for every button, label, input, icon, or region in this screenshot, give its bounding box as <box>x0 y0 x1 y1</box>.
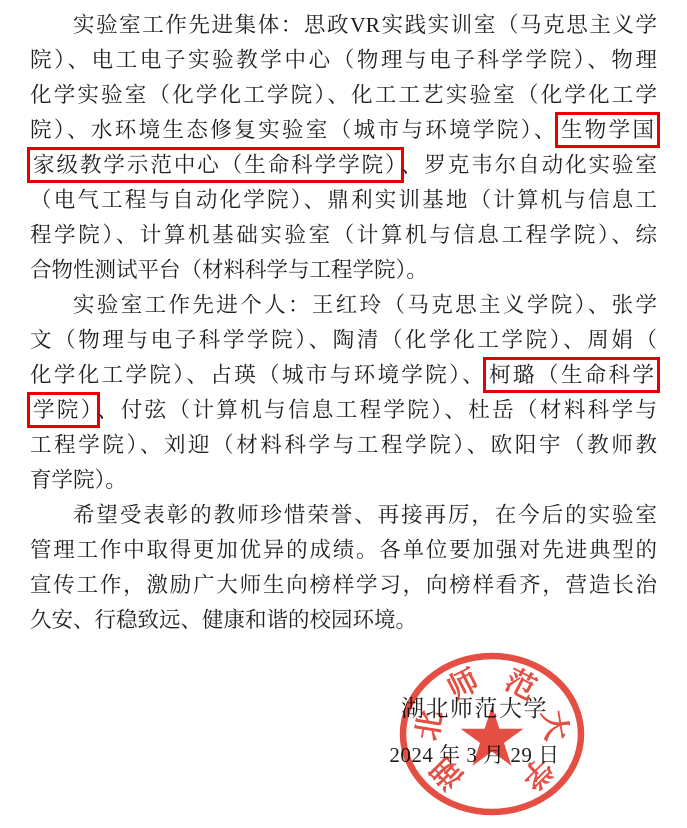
text-run: 实验室工作先进集体：思政VR实践实训室（马克思主义学 <box>73 13 657 37</box>
document-page: 实验室工作先进集体：思政VR实践实训室（马克思主义学 院）、电工电子实验教学中心… <box>0 0 687 828</box>
paragraph2-line: 工程学院）、刘迎（材料科学与工程学院）、欧阳宇（教师教 <box>30 428 657 463</box>
paragraph2-line: 文（物理与电子科学学院）、陶清（化学化工学院）、周娟（ <box>30 323 657 358</box>
text-run: 合物性测试平台（材料科学与工程学院）。 <box>30 258 428 282</box>
paragraph3-line: 久安、行稳致远、健康和谐的校园环境。 <box>30 603 657 638</box>
highlighted-text-collective: 家级教学示范中心（生命科学学院） <box>27 147 404 183</box>
paragraph3-line: 希望受表彰的教师珍惜荣誉、再接再厉，在今后的实验室 <box>30 498 657 533</box>
text-run: 程学院）、计算机基础实验室（计算机与信息工程学院）、综 <box>30 223 657 247</box>
text-run: 、付弦（计算机与信息工程学院）、杜岳（材料科学与 <box>97 398 657 422</box>
highlighted-text-collective: 生物学国 <box>555 112 660 148</box>
paragraph1-line: 合物性测试平台（材料科学与工程学院）。 <box>30 253 657 288</box>
paragraph1-line: 实验室工作先进集体：思政VR实践实训室（马克思主义学 <box>30 8 657 43</box>
paragraph2-line: 学院）、付弦（计算机与信息工程学院）、杜岳（材料科学与 <box>30 393 657 428</box>
paragraph1-line: 家级教学示范中心（生命科学学院）、罗克韦尔自动化实验室 <box>30 148 657 183</box>
paragraph2-line: 实验室工作先进个人：王红玲（马克思主义学院）、张学 <box>30 288 657 323</box>
text-run: （电气工程与自动化学院）、鼎利实训基地（计算机与信息工 <box>30 188 657 212</box>
text-run: 、罗克韦尔自动化实验室 <box>401 153 657 177</box>
paragraph1-line: 程学院）、计算机基础实验室（计算机与信息工程学院）、综 <box>30 218 657 253</box>
signature-date: 2024 年 3 月 29 日 <box>372 741 577 769</box>
signature-org-name: 湖北师范大学 <box>372 694 577 724</box>
highlighted-text-individual: 学院） <box>27 392 100 428</box>
text-run: 实验室工作先进个人：王红玲（马克思主义学院）、张学 <box>73 293 657 317</box>
paragraph1-line: 化学实验室（化学化工学院）、化工工艺实验室（化学化工学 <box>30 78 657 113</box>
paragraph2-line: 育学院）。 <box>30 463 657 498</box>
text-run: 化学化工学院）、占瑛（城市与环境学院）、 <box>30 363 486 387</box>
paragraph3-line: 管理工作中取得更加优异的成绩。各单位要加强对先进典型的 <box>30 533 657 568</box>
text-run: 化学实验室（化学化工学院）、化工工艺实验室（化学化工学 <box>30 83 657 107</box>
text-run: 久安、行稳致远、健康和谐的校园环境。 <box>30 608 417 632</box>
text-run: 宣传工作，激励广大师生向榜样学习，向榜样看齐，营造长治 <box>30 573 657 597</box>
text-run: 院）、电工电子实验教学中心（物理与电子科学学院）、物理 <box>30 48 657 72</box>
text-run: 管理工作中取得更加优异的成绩。各单位要加强对先进典型的 <box>30 538 657 562</box>
paragraph2-line: 化学化工学院）、占瑛（城市与环境学院）、柯璐（生命科学 <box>30 358 657 393</box>
paragraph3-line: 宣传工作，激励广大师生向榜样学习，向榜样看齐，营造长治 <box>30 568 657 603</box>
text-run: 工程学院）、刘迎（材料科学与工程学院）、欧阳宇（教师教 <box>30 433 657 457</box>
paragraph1-line: （电气工程与自动化学院）、鼎利实训基地（计算机与信息工 <box>30 183 657 218</box>
paragraph1-line: 院）、水环境生态修复实验室（城市与环境学院）、生物学国 <box>30 113 657 148</box>
text-run: 希望受表彰的教师珍惜荣誉、再接再厉，在今后的实验室 <box>73 503 657 527</box>
paragraph1-line: 院）、电工电子实验教学中心（物理与电子科学学院）、物理 <box>30 43 657 78</box>
text-run: 文（物理与电子科学学院）、陶清（化学化工学院）、周娟（ <box>30 328 657 352</box>
text-run: 育学院）。 <box>30 468 127 492</box>
highlighted-text-individual: 柯璐（生命科学 <box>483 357 660 393</box>
document-body: 实验室工作先进集体：思政VR实践实训室（马克思主义学 院）、电工电子实验教学中心… <box>30 8 657 638</box>
signature-block: 湖北师范大学 2024 年 3 月 29 日 <box>372 694 577 769</box>
text-run: 院）、水环境生态修复实验室（城市与环境学院）、 <box>30 118 558 142</box>
